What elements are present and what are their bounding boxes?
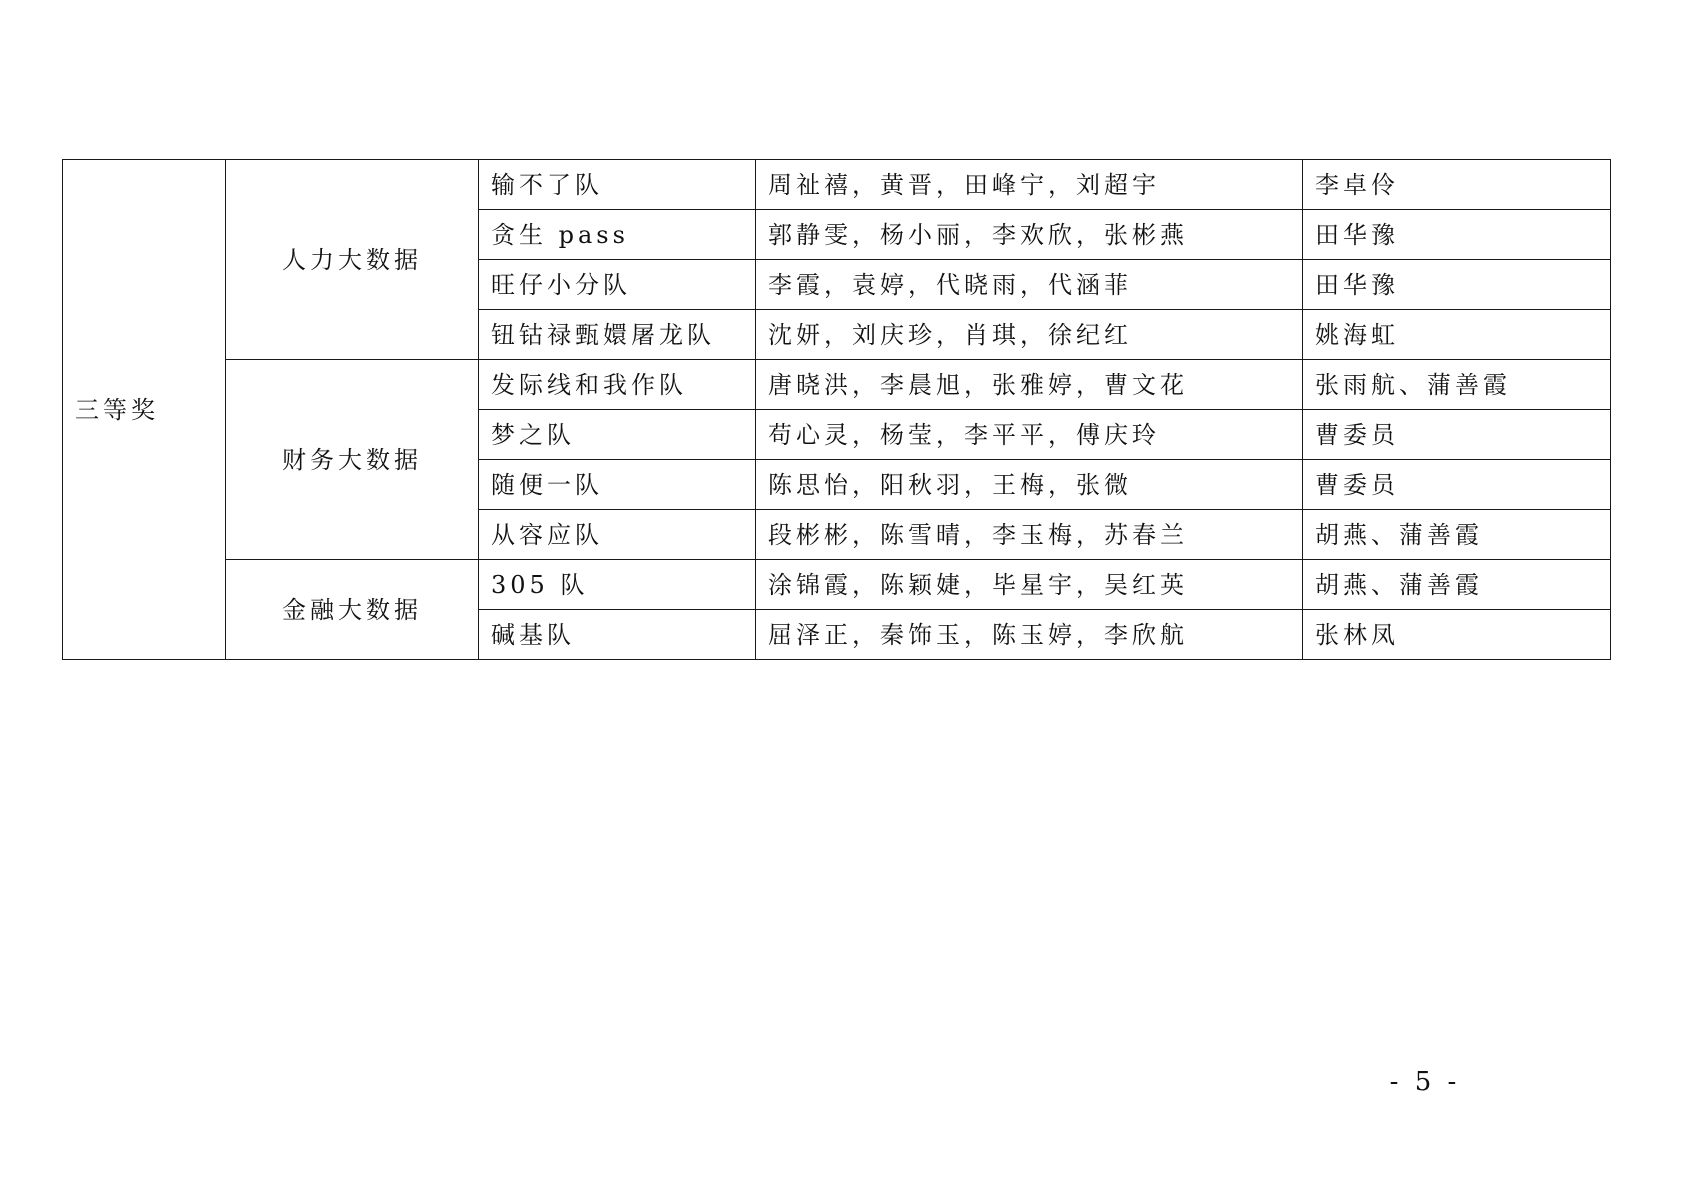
team-name-cell: 305 队 — [479, 560, 756, 610]
advisor-cell: 胡燕、蒲善霞 — [1303, 510, 1611, 560]
team-name-cell: 贪生 pass — [479, 210, 756, 260]
advisor-cell: 曹委员 — [1303, 460, 1611, 510]
advisor-cell: 李卓伶 — [1303, 160, 1611, 210]
prize-level-cell: 三等奖 — [63, 160, 226, 660]
category-cell: 财务大数据 — [226, 360, 479, 560]
members-cell: 郭静雯，杨小丽，李欢欣，张彬燕 — [756, 210, 1303, 260]
table-row: 三等奖 人力大数据 输不了队 周祉禧，黄晋，田峰宁，刘超宇 李卓伶 — [63, 160, 1611, 210]
members-cell: 屈泽正，秦饰玉，陈玉婷，李欣航 — [756, 610, 1303, 660]
members-cell: 李霞，袁婷，代晓雨，代涵菲 — [756, 260, 1303, 310]
members-cell: 涂锦霞，陈颖婕，毕星宇，吴红英 — [756, 560, 1303, 610]
team-name-cell: 发际线和我作队 — [479, 360, 756, 410]
advisor-cell: 姚海虹 — [1303, 310, 1611, 360]
members-cell: 陈思怡，阳秋羽，王梅，张微 — [756, 460, 1303, 510]
members-cell: 周祉禧，黄晋，田峰宁，刘超宇 — [756, 160, 1303, 210]
team-name-cell: 输不了队 — [479, 160, 756, 210]
advisor-cell: 胡燕、蒲善霞 — [1303, 560, 1611, 610]
team-name-cell: 梦之队 — [479, 410, 756, 460]
category-cell: 金融大数据 — [226, 560, 479, 660]
team-name-cell: 旺仔小分队 — [479, 260, 756, 310]
team-name-cell: 从容应队 — [479, 510, 756, 560]
team-name-cell: 钮钴禄甄嬛屠龙队 — [479, 310, 756, 360]
advisor-cell: 曹委员 — [1303, 410, 1611, 460]
table-row: 金融大数据 305 队 涂锦霞，陈颖婕，毕星宇，吴红英 胡燕、蒲善霞 — [63, 560, 1611, 610]
members-cell: 唐晓洪，李晨旭，张雅婷，曹文花 — [756, 360, 1303, 410]
table-row: 财务大数据 发际线和我作队 唐晓洪，李晨旭，张雅婷，曹文花 张雨航、蒲善霞 — [63, 360, 1611, 410]
members-cell: 沈妍，刘庆珍，肖琪，徐纪红 — [756, 310, 1303, 360]
advisor-cell: 张林凤 — [1303, 610, 1611, 660]
members-cell: 苟心灵，杨莹，李平平，傅庆玲 — [756, 410, 1303, 460]
advisor-cell: 张雨航、蒲善霞 — [1303, 360, 1611, 410]
award-table: 三等奖 人力大数据 输不了队 周祉禧，黄晋，田峰宁，刘超宇 李卓伶 贪生 pas… — [62, 159, 1611, 660]
team-name-cell: 碱基队 — [479, 610, 756, 660]
category-cell: 人力大数据 — [226, 160, 479, 360]
team-name-cell: 随便一队 — [479, 460, 756, 510]
page-number: - 5 - — [1385, 1067, 1465, 1097]
members-cell: 段彬彬，陈雪晴，李玉梅，苏春兰 — [756, 510, 1303, 560]
advisor-cell: 田华豫 — [1303, 210, 1611, 260]
advisor-cell: 田华豫 — [1303, 260, 1611, 310]
